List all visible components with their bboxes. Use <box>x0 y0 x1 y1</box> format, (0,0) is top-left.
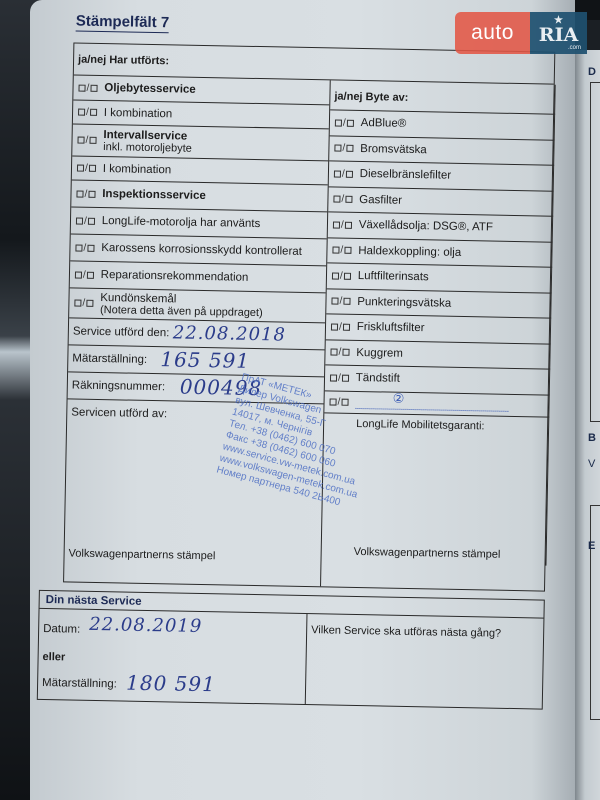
checkbox-no-icon <box>87 244 94 251</box>
yes-no-checkbox[interactable]: / <box>331 270 352 281</box>
yes-no-checkbox[interactable]: / <box>332 194 353 205</box>
checkbox-yes-icon <box>330 374 337 381</box>
checkbox-no-icon <box>345 196 352 203</box>
checkbox-no-icon <box>90 109 97 116</box>
item-label: Kundönskemål <box>100 292 176 305</box>
item-label: AdBlue® <box>361 117 407 130</box>
checkbox-yes-icon <box>333 221 340 228</box>
checkbox-no-icon <box>86 300 93 307</box>
checkbox-no-icon <box>344 272 351 279</box>
checkbox-no-icon <box>346 145 353 152</box>
checkbox-no-icon <box>347 119 354 126</box>
item-label: I kombination <box>104 107 173 120</box>
checkbox-yes-icon <box>335 119 342 126</box>
service-table: ja/nej Har utförts: / Oljebytesservice /… <box>63 42 555 591</box>
yes-no-checkbox[interactable]: / <box>334 117 355 128</box>
item-sublabel: inkl. motoroljebyte <box>103 141 192 155</box>
stamp-label-left: Volkswagenpartnerns stämpel <box>68 547 215 562</box>
checkbox-no-icon <box>342 374 349 381</box>
item-label: Bromsvätska <box>360 143 427 156</box>
next-date-value[interactable]: 22.08.2019 <box>89 614 202 637</box>
checkbox-yes-icon <box>77 137 84 144</box>
item-label: Dieselbränslefilter <box>360 168 452 182</box>
next-service-question[interactable]: Vilken Service ska utföras nästa gång? <box>306 614 544 709</box>
item-label: Haldexkoppling: olja <box>358 245 461 259</box>
watermark-auto: auto <box>455 12 530 54</box>
checkbox-yes-icon <box>331 298 338 305</box>
checkbox-no-icon <box>89 137 96 144</box>
checkbox-yes-icon <box>76 190 83 197</box>
yes-no-checkbox[interactable]: / <box>330 296 351 307</box>
autoria-watermark: auto ★ RIA .com <box>455 12 587 54</box>
checkbox-yes-icon <box>334 145 341 152</box>
next-service-left: Datum: 22.08.2019 eller Mätarställning: … <box>38 609 308 704</box>
item-label: LongLife-motorolja har använts <box>102 215 261 230</box>
next-mileage-label: Mätarställning: <box>42 677 117 690</box>
service-date-value: 22.08.2018 <box>173 322 286 345</box>
stamp-mark: ② <box>392 390 404 406</box>
item-label: Inspektionsservice <box>102 188 206 202</box>
list-item: / Kundönskemål (Notera detta även på upp… <box>69 288 326 323</box>
yes-no-checkbox[interactable]: / <box>74 269 95 280</box>
yes-no-checkbox[interactable]: / <box>332 219 353 230</box>
item-label: I kombination <box>103 163 172 176</box>
yes-no-checkbox[interactable]: / <box>76 163 97 174</box>
checkbox-yes-icon <box>333 196 340 203</box>
invoice-label: Räkningsnummer: <box>72 379 166 393</box>
yes-no-checkbox[interactable]: / <box>75 215 96 226</box>
checkbox-yes-icon <box>76 217 83 224</box>
yes-no-checkbox[interactable]: / <box>76 135 97 146</box>
yes-no-checkbox[interactable]: / <box>333 168 354 179</box>
checkbox-no-icon <box>344 247 351 254</box>
item-label: Karossens korrosionsskydd kontrollerat <box>101 242 302 258</box>
checkbox-yes-icon <box>332 247 339 254</box>
item-label: Växellådsolja: DSG®, ATF <box>359 219 493 234</box>
yes-no-checkbox[interactable]: / <box>331 245 352 256</box>
checkbox-no-icon <box>88 217 95 224</box>
checkbox-yes-icon <box>75 244 82 251</box>
next-mileage-value[interactable]: 180 591 <box>126 671 216 697</box>
stamp-label-right: Volkswagenpartnerns stämpel <box>354 545 501 560</box>
page-title: Stämpelfält 7 <box>76 12 170 33</box>
checkbox-no-icon <box>346 170 353 177</box>
checkbox-yes-icon <box>332 272 339 279</box>
adjacent-page-table <box>590 505 600 720</box>
adjacent-page-box <box>590 82 600 422</box>
service-stamp-document: Stämpelfält 7 ja/nej Har utförts: / Olje… <box>37 12 550 721</box>
adjacent-page-letter: D <box>588 66 596 78</box>
checkbox-no-icon <box>87 271 94 278</box>
item-label-group: Kundönskemål (Notera detta även på uppdr… <box>100 292 263 319</box>
yes-no-checkbox[interactable]: / <box>73 298 94 309</box>
replacement-header: ja/nej Byte av: <box>330 80 556 114</box>
yes-no-checkbox[interactable]: / <box>77 82 98 93</box>
checkbox-yes-icon <box>75 271 82 278</box>
checkbox-yes-icon <box>331 323 338 330</box>
yes-no-checkbox[interactable]: / <box>74 242 95 253</box>
yes-no-checkbox[interactable]: / <box>75 188 96 199</box>
item-label: Friskluftsfilter <box>357 321 425 334</box>
checkbox-yes-icon <box>74 300 81 307</box>
watermark-ria: ★ RIA .com <box>530 12 587 54</box>
next-service-table: Din nästa Service Datum: 22.08.2019 elle… <box>37 590 545 710</box>
item-label-group: Intervallservice inkl. motoroljebyte <box>103 129 192 155</box>
yes-no-checkbox[interactable]: / <box>330 321 351 332</box>
checkbox-yes-icon <box>330 349 337 356</box>
adjacent-page-letter: B <box>588 432 596 444</box>
item-label: Tändstift <box>356 372 400 385</box>
item-label: Reparationsrekommendation <box>101 269 249 284</box>
or-label: eller <box>43 651 66 663</box>
yes-no-checkbox[interactable]: / <box>329 347 350 358</box>
checkbox-yes-icon <box>334 170 341 177</box>
checkbox-yes-icon <box>77 165 84 172</box>
yes-no-checkbox[interactable]: / <box>333 143 354 154</box>
yes-no-checkbox[interactable]: / <box>77 107 98 118</box>
checkbox-no-icon <box>345 221 352 228</box>
performed-by-label: Servicen utförd av: <box>71 406 167 420</box>
checkbox-no-icon <box>88 190 95 197</box>
item-label: Oljebytesservice <box>104 82 196 96</box>
mileage-label: Mätarställning: <box>72 352 147 365</box>
item-label: Punkteringsvätska <box>357 296 451 310</box>
item-label: Intervallservice <box>103 129 187 143</box>
item-label: Luftfilterinsats <box>358 270 429 283</box>
adjacent-page-letter: V <box>588 458 595 470</box>
mileage-value: 165 591 <box>160 347 250 373</box>
item-sublabel: (Notera detta även på uppdraget) <box>100 304 263 319</box>
next-date-label: Datum: <box>43 623 80 636</box>
checkbox-no-icon <box>343 298 350 305</box>
list-item: / Intervallservice inkl. motoroljebyte <box>72 124 329 161</box>
checkbox-no-icon <box>343 323 350 330</box>
checkbox-no-icon <box>342 349 349 356</box>
service-date-label: Service utförd den: <box>73 325 170 339</box>
performed-header: ja/nej Har utförts: <box>78 54 169 68</box>
checkbox-no-icon <box>90 84 97 91</box>
checkbox-yes-icon <box>78 84 85 91</box>
item-label: Gasfilter <box>359 194 402 207</box>
item-label: Kuggrem <box>356 347 403 360</box>
adjacent-page-letter: E <box>588 540 595 552</box>
yes-no-checkbox[interactable]: / <box>329 372 350 383</box>
checkbox-no-icon <box>89 165 96 172</box>
checkbox-yes-icon <box>78 109 85 116</box>
